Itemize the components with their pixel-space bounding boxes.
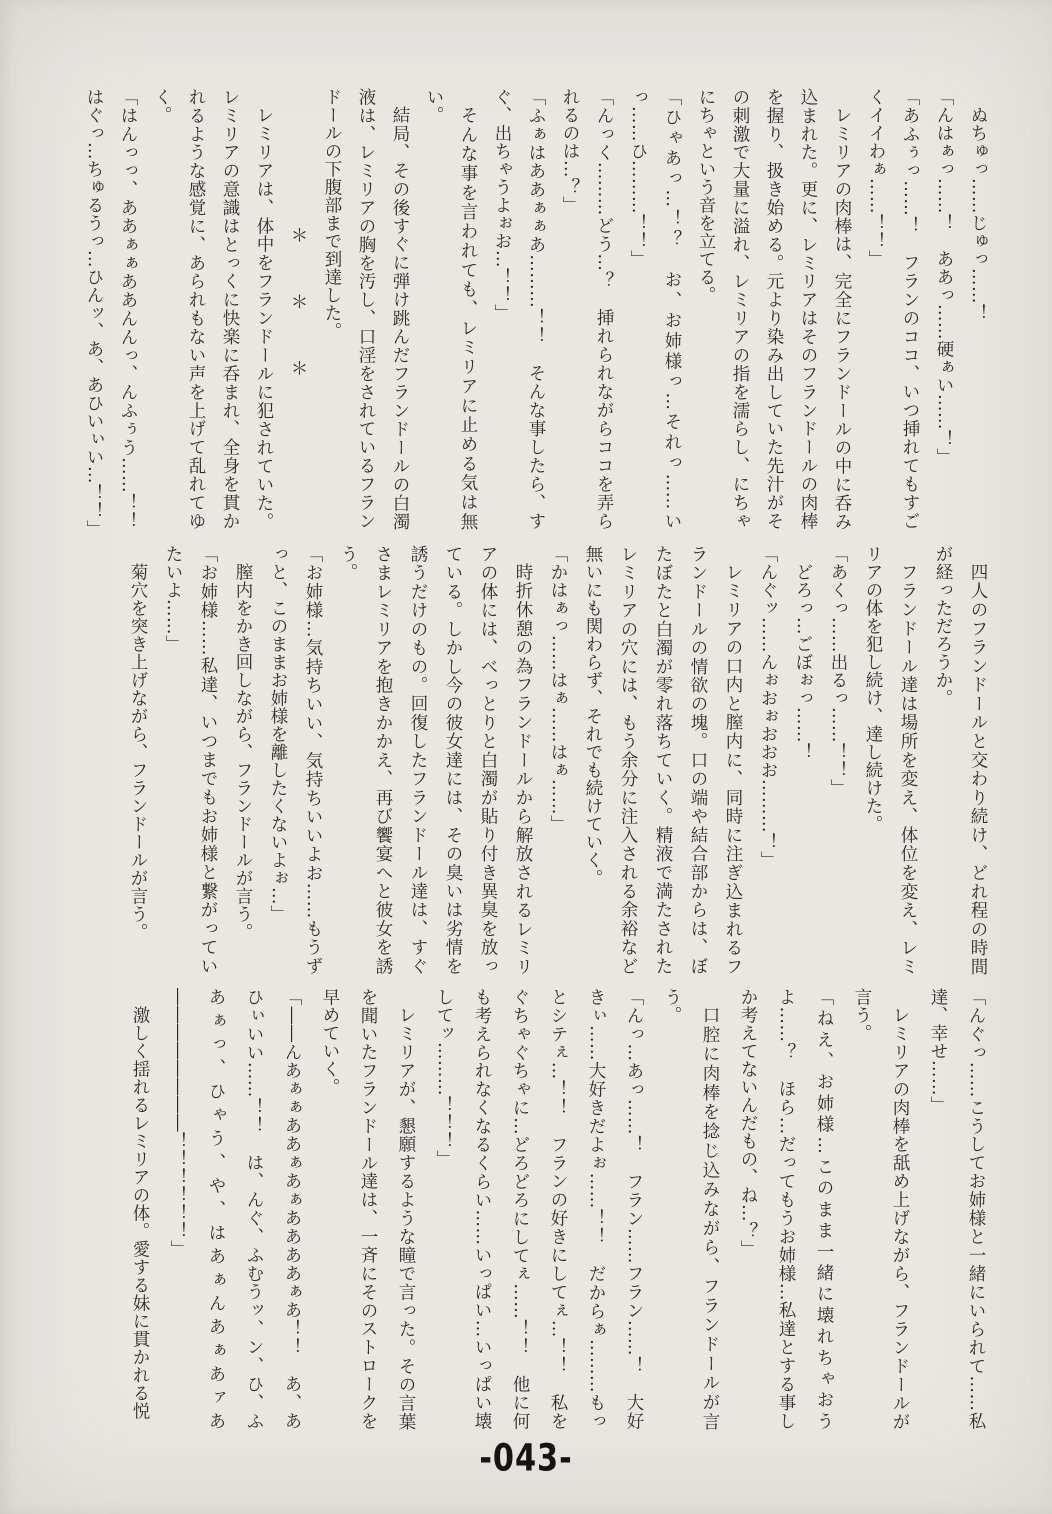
scene-separator: ＊ ＊ ＊ [281,88,315,530]
text-block-middle: 四人のフランドールと交わり続け、どれ程の時間が経っただろうか。 フランドール達は… [65,545,995,975]
narration-line: 膣内をかき回しながら、フランドールが言う。 [225,545,260,975]
text-block-bottom: 「んぐっ……こうしてお姉様と一緒にいられて……私達、幸せ……」 レミリアの肉棒を… [65,988,995,1430]
narration-line: フランドール達は場所を変え、体位を変え、レミリアの体を犯し続け、達し続けた。 [855,545,925,975]
narration-line: 四人のフランドールと交わり続け、どれ程の時間が経っただろうか。 [925,545,995,975]
narration-line: レミリアの肉棒を舐め上げながら、フランドールが言う。 [843,988,919,1430]
narration-line: 菊穴を突き上げながら、フランドールが言う。 [120,545,155,975]
dialogue-line: 「かはぁっ……はぁ……はぁ……」 [540,545,575,975]
sfx-line: ぬちゅっ……じゅっ……！ [961,88,995,530]
dialogue-line: 「お姉様…気持ちいい、気持ちいいよお……もうずっと、このままお姉様を離したくない… [260,545,330,975]
dialogue-line: 「はんっっ、ああぁぁああんんっ、んふぅう……！！はぐっ…ちゅるうっ…ひんッ、あ、… [77,88,145,530]
narration-line: レミリアの肉棒は、完全にフランドールの中に呑み込まれた。更に、レミリアはそのフラ… [689,88,859,530]
dialogue-line: 「んっく………どう…？ 挿れられながらココを弄られるのは…？」 [553,88,621,530]
dialogue-line: 「――んあぁぁああぁあぁああああぁあ！！ あ、あひぃいい……！！ は、んぐ、ふむ… [159,988,311,1430]
dialogue-line: 「んぐッ……んぉおぉおおお………！」 [750,545,785,975]
narration-line: 結局、その後すぐに弾け跳んだフランドールの白濁液は、レミリアの胸を汚し、口淫をさ… [315,88,417,530]
narration-line: 時折休憩の為フランドールから解放されるレミリアの体には、べっとりと白濁が貼り付き… [330,545,540,975]
text-block-top: ぬちゅっ……じゅっ……！ 「んはぁっ……！ ああっ……硬ぁい……！」 「あふぅっ… [65,88,995,530]
dialogue-line: 「お姉様……私達、いつまでもお姉様と繋がっていたいよ……」 [155,545,225,975]
dialogue-line: 「んぐっ……こうしてお姉様と一緒にいられて……私達、幸せ……」 [919,988,995,1430]
dialogue-line: 「ふぁはああぁぁあ………！！ そんな事したら、すぐ、出ちゃうよぉお…！！」 [485,88,553,530]
narration-line: レミリアの口内と膣内に、同時に注ぎ込まれるフランドールの情欲の塊。口の端や結合部… [575,545,750,975]
sfx-line: どろっ…ごぼぉっ……！ [785,545,820,975]
narration-line: 激しく揺れるレミリアの体。愛する妹に貫かれる悦 [121,988,159,1430]
dialogue-line: 「ひゃあっ…！？ お、お姉様っ…それっ……いっ……ひ………！！」 [621,88,689,530]
dialogue-line: 「あくっ……出るっ……！！」 [820,545,855,975]
dialogue-line: 「んっ…あっ……！ フラン……フラン……！ 大好きぃ……大好きだよぉ……！！ だ… [425,988,653,1430]
dialogue-line: 「んはぁっ……！ ああっ……硬ぁい……！」 [927,88,961,530]
narration-line: レミリアが、懇願するような瞳で言った。その言葉を聞いたフランドール達は、一斉にそ… [311,988,425,1430]
narration-line: そんな事を言われても、レミリアに止める気は無い。 [417,88,485,530]
page-number: -043- [479,1436,572,1480]
scanned-page: ぬちゅっ……じゅっ……！ 「んはぁっ……！ ああっ……硬ぁい……！」 「あふぅっ… [0,0,1052,1514]
narration-line: レミリアは、体中をフランドールに犯されていた。レミリアの意識はとっくに快楽に呑ま… [145,88,281,530]
dialogue-line: 「ねえ、お姉様…このまま一緒に壊れちゃおうよ……？ ほら…だってもうお姉様…私達… [729,988,843,1430]
dialogue-line: 「あふぅっ……！ フランのココ、いつ挿れてもすごくイイわぁ……！！」 [859,88,927,530]
narration-line: 口腔に肉棒を捻じ込みながら、フランドールが言う。 [653,988,729,1430]
